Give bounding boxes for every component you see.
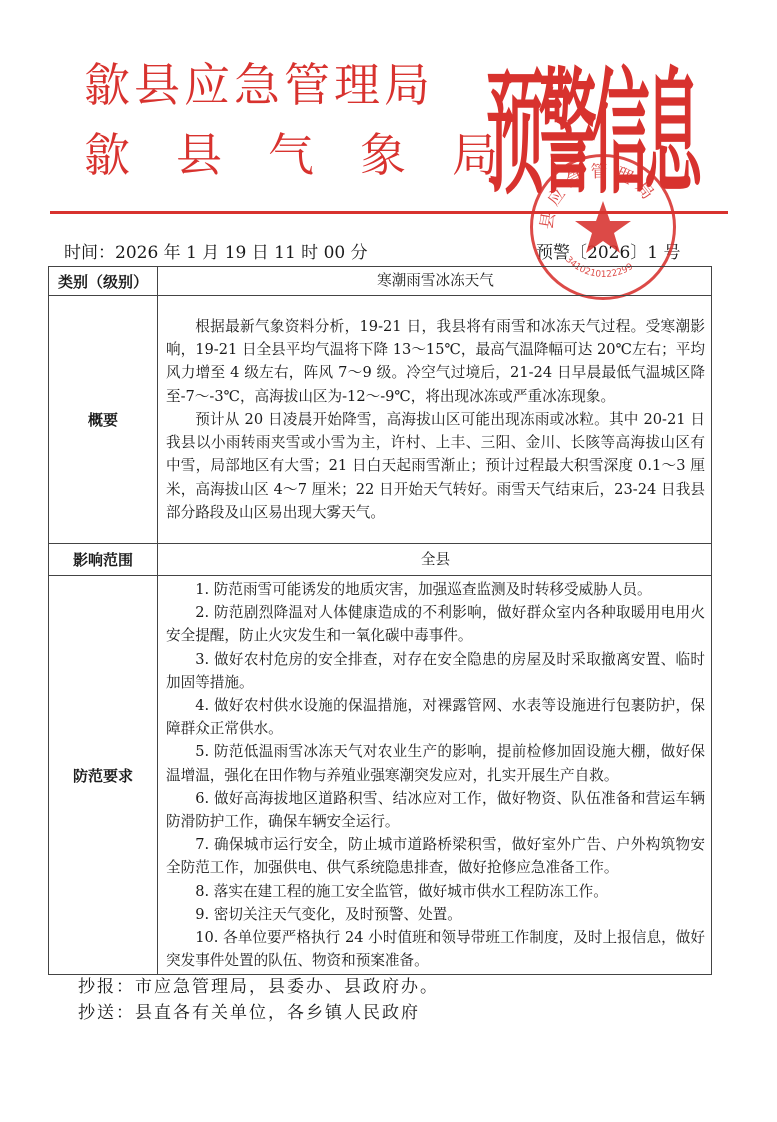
table-row-requirements: 防范要求 1. 防范雨雪可能诱发的地质灾害，加强巡查监测及时转移受威胁人员。 2… (49, 576, 712, 975)
overview-paragraph: 根据最新气象资料分析，19-21 日，我县将有雨雪和冰冻天气过程。受寒潮影响，1… (166, 315, 705, 408)
requirement-item: 1. 防范雨雪可能诱发的地质灾害，加强巡查监测及时转移受威胁人员。 (166, 578, 705, 601)
issuer-line-meteorological-bureau: 歙县气象局 (84, 132, 544, 178)
warning-table: 类别（级别） 寒潮雨雪冰冻天气 概要 根据最新气象资料分析，19-21 日，我县… (48, 266, 712, 975)
requirement-item: 9. 密切关注天气变化，及时预警、处置。 (166, 903, 705, 926)
requirement-item: 2. 防范剧烈降温对人体健康造成的不利影响，做好群众室内各种取暖用电用火安全提醒… (166, 601, 705, 647)
category-value: 寒潮雨雪冰冻天气 (158, 267, 712, 296)
requirement-item: 7. 确保城市运行安全，防止城市道路桥梁积雪，做好室外广告、户外构筑物安全防范工… (166, 833, 705, 879)
category-label: 类别（级别） (49, 267, 158, 296)
requirement-item: 6. 做好高海拔地区道路积雪、结冰应对工作，做好物资、队伍准备和营运车辆防滑防护… (166, 787, 705, 833)
requirement-item: 4. 做好农村供水设施的保温措施，对裸露管网、水表等设施进行包裹防护，保障群众正… (166, 694, 705, 740)
requirements-value: 1. 防范雨雪可能诱发的地质灾害，加强巡查监测及时转移受威胁人员。 2. 防范剧… (158, 576, 712, 975)
issuer-line-emergency-bureau: 歙县应急管理局 (84, 62, 434, 108)
copy-to-line: 抄送：县直各有关单位，各乡镇人民政府 (78, 998, 420, 1023)
report-to-line: 抄报：市应急管理局，县委办、县政府办。 (78, 972, 439, 997)
requirement-item: 3. 做好农村危房的安全排查，对存在安全隐患的房屋及时采取撤离安置、临时加固等措… (166, 648, 705, 694)
requirements-label: 防范要求 (49, 576, 158, 975)
overview-value: 根据最新气象资料分析，19-21 日，我县将有雨雪和冰冻天气过程。受寒潮影响，1… (158, 296, 712, 544)
table-row-impact-scope: 影响范围 全县 (49, 544, 712, 576)
impact-scope-label: 影响范围 (49, 544, 158, 576)
table-row-category: 类别（级别） 寒潮雨雪冰冻天气 (49, 267, 712, 296)
impact-scope-value: 全县 (158, 544, 712, 576)
requirement-item: 5. 防范低温雨雪冰冻天气对农业生产的影响，提前检修加固设施大棚，做好保温增温，… (166, 740, 705, 786)
requirement-item: 8. 落实在建工程的施工安全监管，做好城市供水工程防冻工作。 (166, 880, 705, 903)
issue-time: 时间：2026 年 1 月 19 日 11 时 00 分 (64, 238, 368, 263)
table-row-overview: 概要 根据最新气象资料分析，19-21 日，我县将有雨雪和冰冻天气过程。受寒潮影… (49, 296, 712, 544)
requirement-item: 10. 各单位要严格执行 24 小时值班和领导带班工作制度，及时上报信息，做好突… (166, 926, 705, 972)
overview-label: 概要 (49, 296, 158, 544)
overview-paragraph: 预计从 20 日凌晨开始降雪，高海拔山区可能出现冻雨或冰粒。其中 20-21 日… (166, 408, 705, 524)
